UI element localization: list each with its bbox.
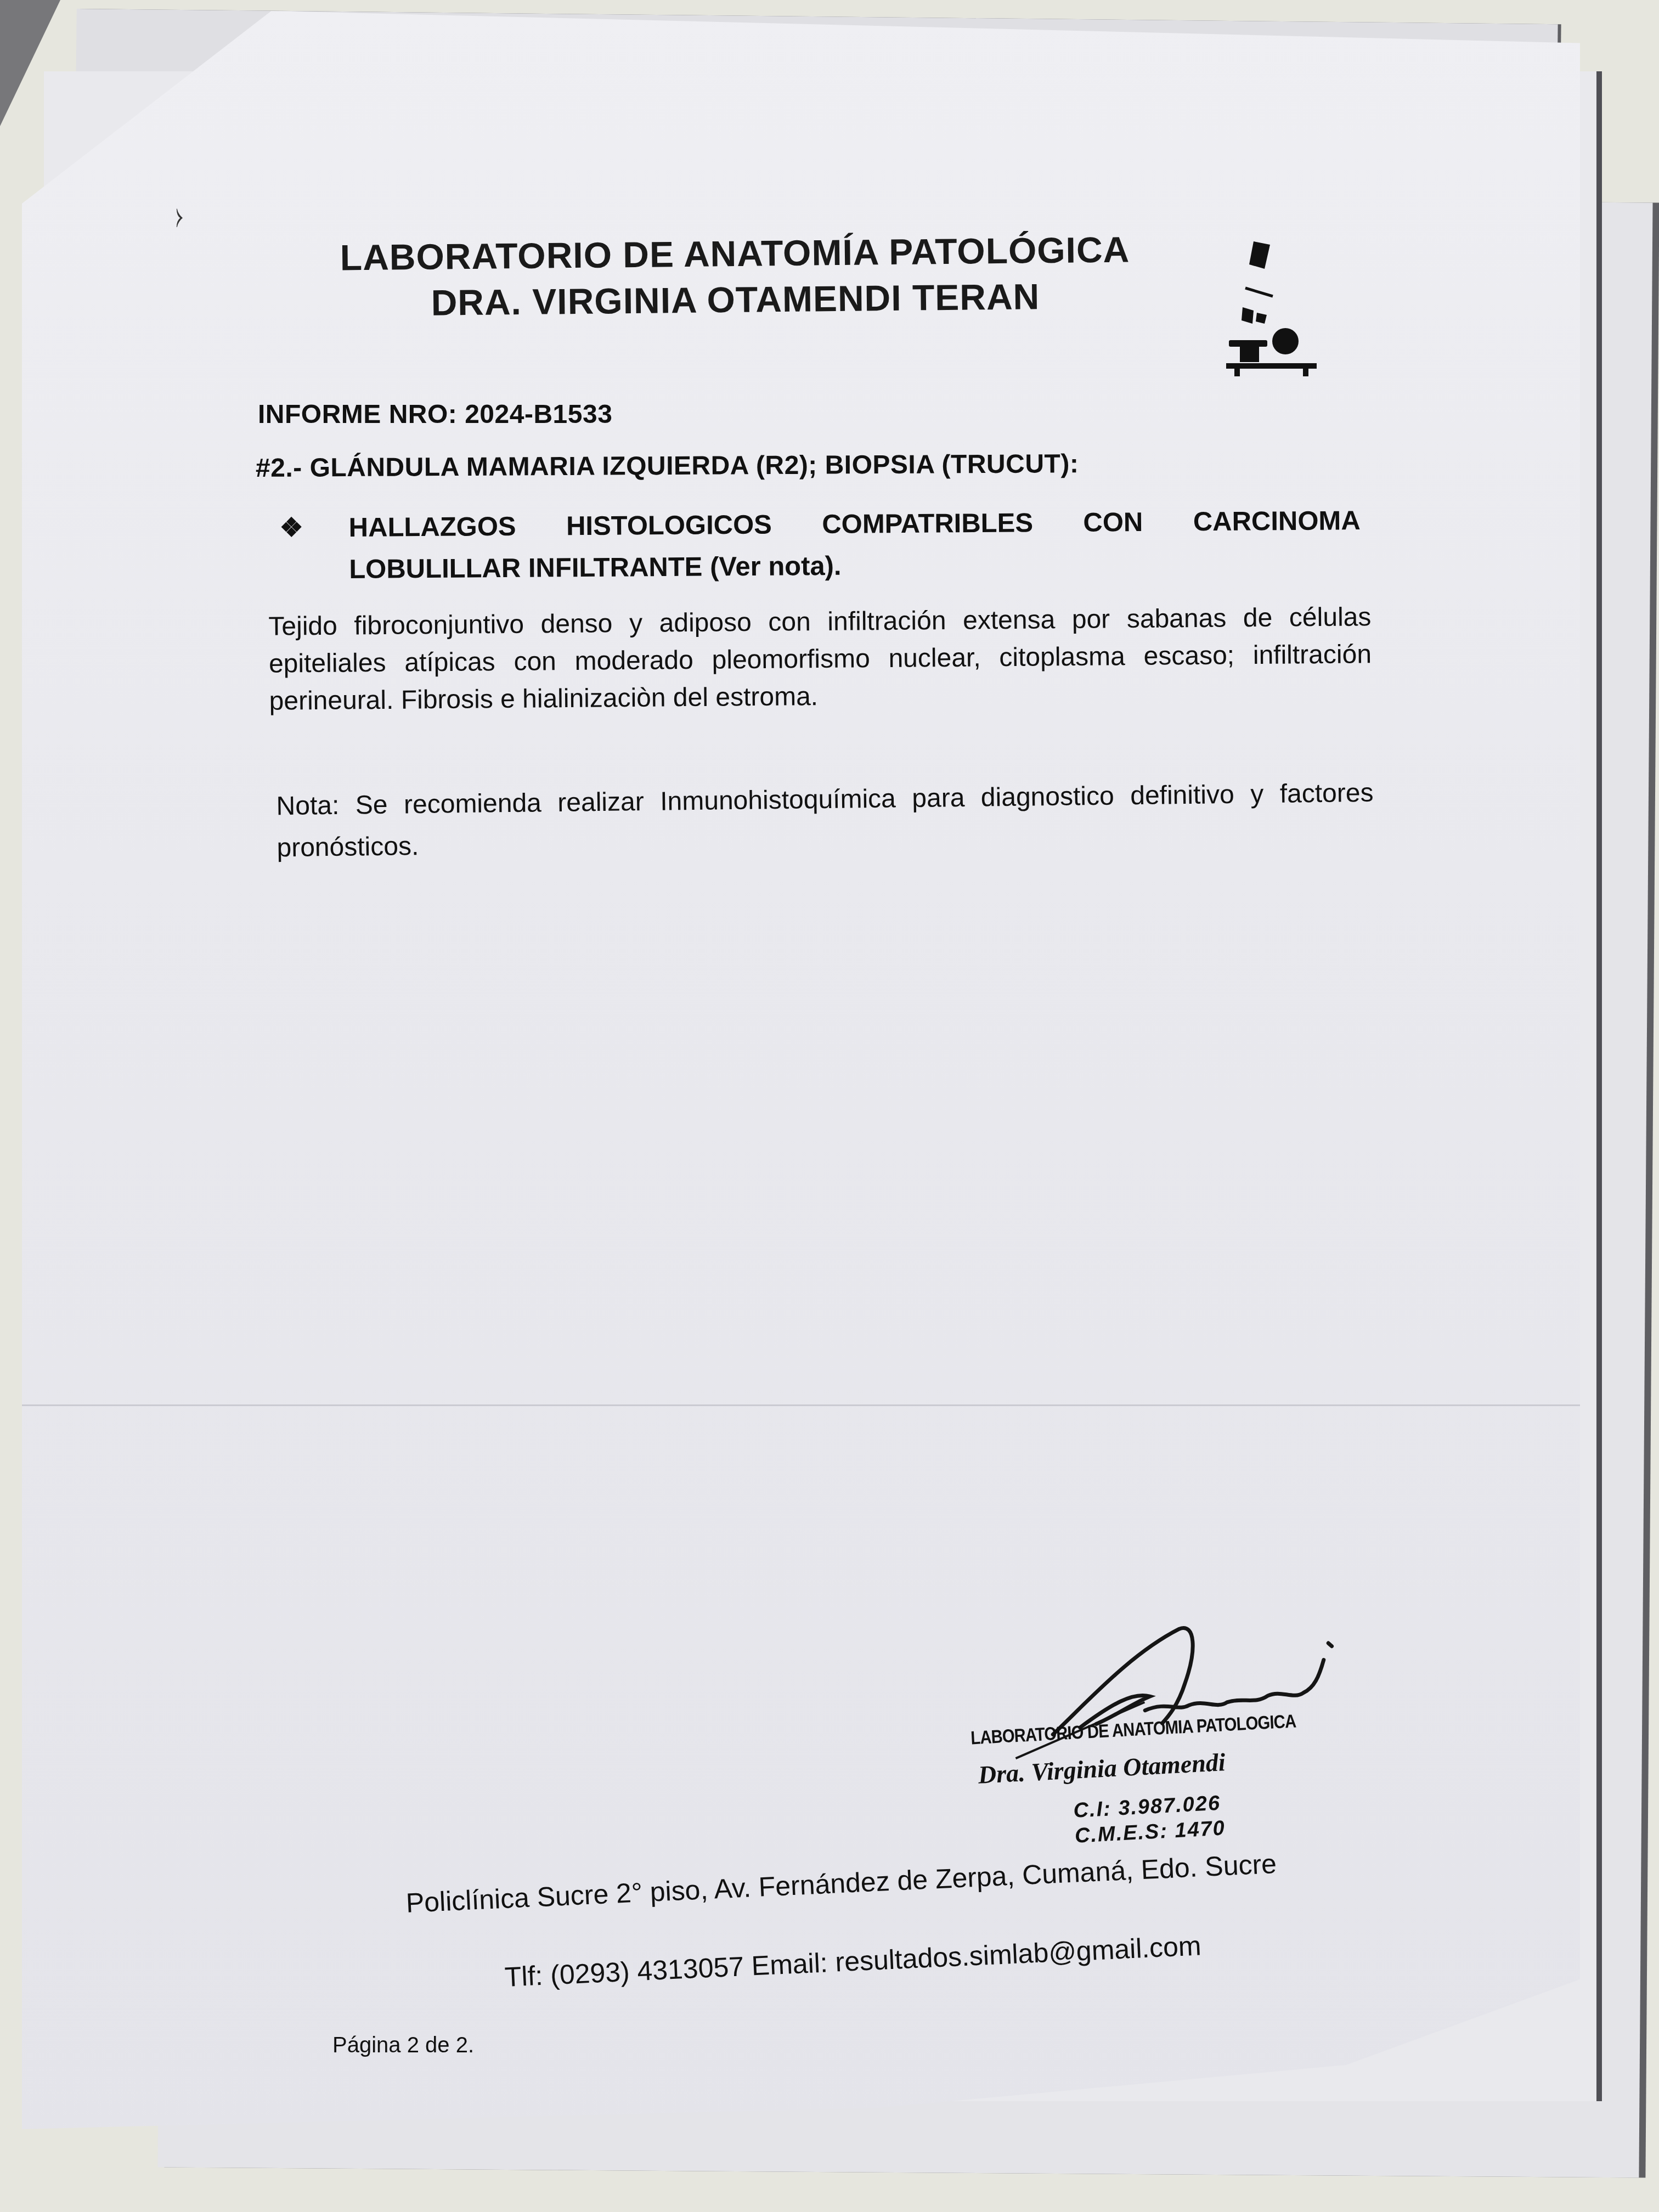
lab-name: LABORATORIO DE ANATOMÍA PATOLÓGICA [296, 226, 1174, 281]
diagnosis-word: HALLAZGOS [348, 506, 516, 549]
handwritten-signature [965, 1608, 1378, 1771]
doctor-name: DRA. VIRGINIA OTAMENDI TERAN [296, 272, 1175, 328]
page-number: Página 2 de 2. [332, 2033, 474, 2058]
report-content: ⧽ LABORATORIO DE ANATOMÍA PATOLÓGICA DRA… [0, 0, 1659, 2212]
footer-address: Policlínica Sucre 2° piso, Av. Fernández… [405, 1848, 1277, 1919]
signature-stamp: LABORATORIO DE ANATOMIA PATOLOGICA Dra. … [965, 1608, 1383, 1870]
diagnosis-word: CARCINOMA [1193, 500, 1361, 543]
footer-contact: Tlf: (0293) 4313057 Email: resultados.si… [504, 1929, 1202, 1993]
microscope-icon [1221, 236, 1319, 379]
recommendation-note: Nota: Se recomienda realizar Inmunohisto… [276, 772, 1374, 869]
diagnosis-word: HISTOLOGICOS [566, 504, 772, 548]
diagnosis-line-1: HALLAZGOS HISTOLOGICOS COMPATRIBLES CON … [348, 500, 1360, 549]
letterhead: LABORATORIO DE ANATOMÍA PATOLÓGICA DRA. … [296, 226, 1175, 328]
diagnosis-block: ❖ HALLAZGOS HISTOLOGICOS COMPATRIBLES CO… [279, 500, 1361, 591]
microscopic-description: Tejido fibroconjuntivo denso y adiposo c… [268, 599, 1372, 720]
diagnosis-word: CON [1083, 501, 1143, 544]
diamond-bullet-icon: ❖ [279, 507, 303, 549]
report-number: INFORME NRO: 2024-B1533 [258, 399, 612, 430]
specimen-heading: #2.- GLÁNDULA MAMARIA IZQUIERDA (R2); BI… [256, 449, 1079, 483]
pen-mark: ⧽ [176, 204, 183, 229]
diagnosis-line-2: LOBULILLAR INFILTRANTE (Ver nota). [349, 541, 1361, 590]
stamp-ids: C.I: 3.987.026 C.M.E.S: 1470 [1073, 1790, 1226, 1848]
diagnosis-word: COMPATRIBLES [822, 502, 1033, 545]
